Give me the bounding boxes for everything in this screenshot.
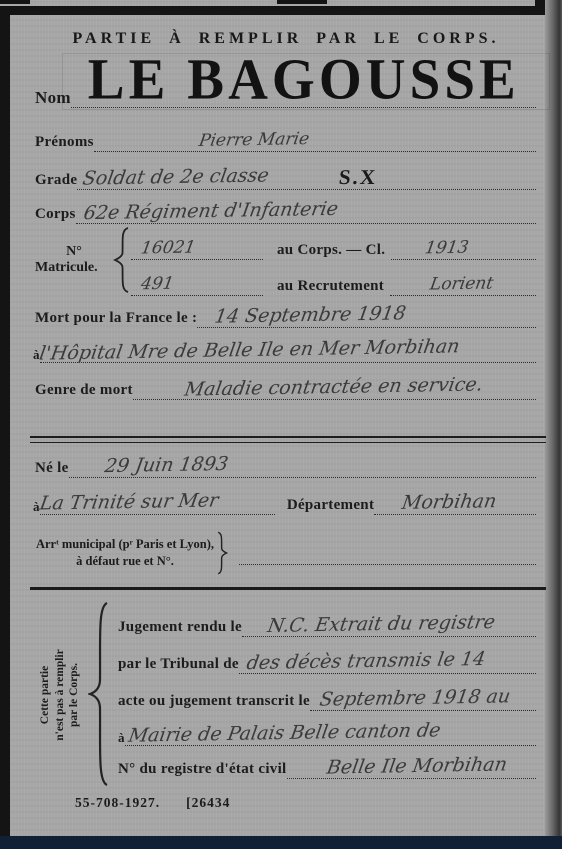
departement-value: Morbihan (401, 492, 498, 514)
transcrit-lieu-line: Mairie de Palais Belle canton de (125, 724, 536, 746)
ne-lieu-line: La Trinité sur Mer (40, 493, 275, 515)
record-card: PARTIE À REMPLIR PAR LE CORPS. Nom LE BA… (0, 0, 562, 849)
side-note-line1: Cette partie (38, 615, 53, 775)
ne-le-line: 29 Juin 1893 (69, 456, 536, 478)
prenoms-value: Pierre Marie (197, 131, 310, 151)
matricule-corps-line: 16021 (131, 240, 263, 260)
registre-value: Belle Ile Morbihan (325, 755, 508, 778)
section-divider-thick-rule (30, 587, 546, 590)
matricule-row-recrutement: 491 au Recrutement Lorient (131, 260, 536, 296)
field-transcrit: acte ou jugement transcrit le Septembre … (118, 685, 536, 711)
mort-le-line: 14 Septembre 1918 (197, 306, 536, 328)
transcrit-line: Septembre 1918 au (310, 689, 536, 711)
grade-label: Grade (35, 173, 77, 190)
prenoms-line: Pierre Marie (94, 132, 536, 152)
genre-mort-value: Maladie contractée en service. (183, 375, 484, 400)
field-nom: Nom LE BAGOUSSE (35, 52, 536, 108)
matricule-row-corps: 16021 au Corps. — Cl. 1913 (131, 224, 536, 260)
field-tribunal: par le Tribunal de des décès transmis le… (118, 648, 536, 674)
transcrit-value: Septembre 1918 au (318, 687, 512, 710)
section-title: PARTIE À REMPLIR PAR LE CORPS. (40, 30, 532, 48)
footer: 55-708-1927. [26434 (75, 795, 230, 811)
mort-le-value: 14 Septembre 1918 (213, 304, 407, 327)
card-left-border (0, 14, 10, 836)
field-genre-mort: Genre de mort Maladie contractée en serv… (35, 372, 536, 400)
matricule-classe-line: 1913 (391, 240, 536, 260)
matricule-recrutement-number: 491 (140, 276, 175, 294)
field-matricule: N° Matricule. 16021 au Corps. — Cl. 1913… (35, 224, 536, 296)
nom-value: LE BAGOUSSE (87, 54, 519, 106)
field-prenoms: Prénoms Pierre Marie (35, 126, 536, 152)
field-mort-le: Mort pour la France le : 14 Septembre 19… (35, 302, 536, 328)
side-note-line2: n'est pas à remplir (53, 615, 68, 775)
footer-print-code: 55-708-1927. (75, 795, 160, 811)
departement-label: Département (287, 498, 374, 515)
matricule-recrutement-place-line: Lorient (390, 276, 536, 296)
grade-stamp: S.X (338, 167, 378, 188)
scan-edge-right (545, 0, 562, 849)
genre-mort-label: Genre de mort (35, 383, 133, 400)
matricule-classe-value: 1913 (424, 240, 470, 259)
tribunal-label: par le Tribunal de (118, 657, 239, 674)
arr-municipal-label: Arrᵗ municipal (pʳ Paris et Lyon), à déf… (35, 536, 215, 570)
field-corps: Corps 62e Régiment d'Infanterie (35, 196, 536, 224)
transcrit-lieu-value: Mairie de Palais Belle canton de (127, 721, 442, 746)
matricule-recrutement-line: 491 (131, 276, 263, 296)
field-grade: Grade Soldat de 2e classe S.X (35, 160, 536, 190)
matricule-brace-icon (113, 226, 131, 294)
ne-le-value: 29 Juin 1893 (103, 455, 229, 477)
tribunal-value: des décès transmis le 14 (245, 650, 487, 674)
genre-mort-line: Maladie contractée en service. (133, 378, 536, 400)
jugement-value: N.C. Extrait du registre (266, 613, 496, 637)
arr-municipal-brace-icon (215, 531, 229, 575)
registre-label: N° du registre d'état civil (118, 762, 287, 779)
section-divider-double-rule (30, 436, 546, 443)
field-mort-lieu: à l'Hôpital Mre de Belle Ile en Mer Morb… (33, 335, 536, 363)
ne-lieu-value: La Trinité sur Mer (38, 492, 220, 515)
matricule-recrutement-place: Lorient (429, 276, 495, 295)
footer-batch-number: [26434 (186, 795, 230, 811)
corps-value: 62e Régiment d'Infanterie (82, 200, 339, 224)
field-jugement: Jugement rendu le N.C. Extrait du regist… (118, 611, 536, 637)
arr-municipal-line (239, 542, 536, 565)
field-ne-le: Né le 29 Juin 1893 (35, 452, 536, 478)
card-top-border (0, 6, 562, 15)
transcrit-label: acte ou jugement transcrit le (118, 694, 310, 711)
registre-line: Belle Ile Morbihan (287, 757, 536, 779)
transcrit-lieu-label: à (118, 731, 125, 746)
field-transcrit-lieu: à Mairie de Palais Belle canton de (118, 718, 536, 746)
corps-line: 62e Régiment d'Infanterie (76, 202, 536, 224)
side-note-line3: par le Corps. (67, 615, 82, 775)
arr-municipal-label-line1: Arrᵗ municipal (pʳ Paris et Lyon), (35, 536, 215, 553)
nom-line: LE BAGOUSSE (71, 57, 536, 108)
grade-line: Soldat de 2e classe S.X (77, 167, 536, 190)
matricule-label-line2: Matricule. (35, 260, 113, 276)
mort-lieu-value: l'Hôpital Mre de Belle Ile en Mer Morbih… (38, 337, 461, 364)
nom-label: Nom (35, 89, 71, 108)
side-note: Cette partie n'est pas à remplir par le … (35, 615, 85, 775)
grade-value: Soldat de 2e classe (81, 166, 270, 189)
corps-label: Corps (35, 207, 76, 224)
mort-le-label: Mort pour la France le : (35, 311, 197, 328)
matricule-label: N° Matricule. (35, 224, 113, 296)
ne-le-label: Né le (35, 461, 69, 478)
arr-municipal-label-line2: à défaut rue et N°. (35, 553, 215, 570)
field-arr-municipal: Arrᵗ municipal (pʳ Paris et Lyon), à déf… (35, 530, 536, 576)
scan-edge-top-segment (277, 0, 327, 4)
departement-line: Morbihan (374, 493, 536, 515)
jugement-label: Jugement rendu le (118, 620, 242, 637)
scan-edge-bottom-strip (0, 836, 562, 849)
field-ne-lieu: à La Trinité sur Mer Département Morbiha… (33, 487, 536, 515)
matricule-corps-label: au Corps. — Cl. (277, 243, 385, 260)
prenoms-label: Prénoms (35, 135, 94, 152)
matricule-recrutement-label: au Recrutement (277, 279, 384, 296)
scan-edge-top-segment (0, 0, 30, 4)
matricule-corps-number: 16021 (140, 240, 197, 259)
judgment-brace-icon (88, 600, 110, 788)
jugement-line: N.C. Extrait du registre (242, 615, 536, 637)
matricule-rows: 16021 au Corps. — Cl. 1913 491 au Recrut… (131, 224, 536, 296)
field-registre: N° du registre d'état civil Belle Ile Mo… (118, 751, 536, 779)
tribunal-line: des décès transmis le 14 (239, 652, 536, 674)
matricule-label-line1: N° (35, 244, 113, 260)
mort-lieu-line: l'Hôpital Mre de Belle Ile en Mer Morbih… (40, 341, 536, 363)
